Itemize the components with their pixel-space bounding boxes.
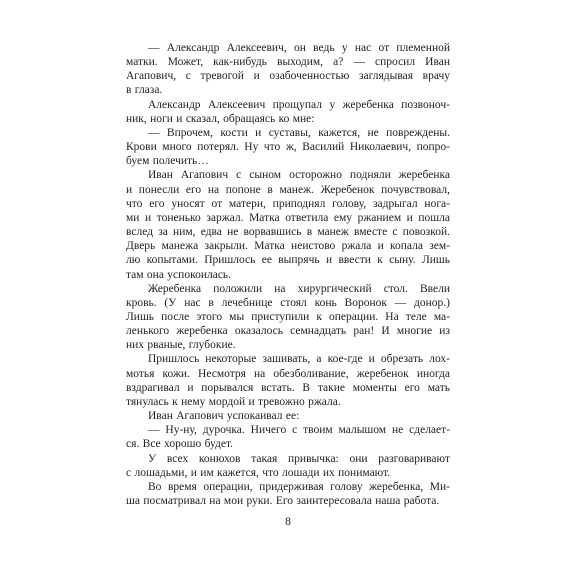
text-line: ленького жеребенка оказалось семнадцать …: [126, 324, 450, 338]
text-line: ся. Все хорошо будет.: [126, 437, 450, 451]
text-line: Лишь после этого мы приступили к операци…: [126, 310, 450, 324]
text-line: — Александр Алексеевич, он ведь у нас от…: [126, 41, 450, 55]
text-line: буем полечить…: [126, 154, 450, 168]
text-line: — Впрочем, кости и суставы, кажется, не …: [126, 126, 450, 140]
text-line: них рваные, глубокие.: [126, 338, 450, 352]
text-line: мотья кожи. Несмотря на обезболивание, ж…: [126, 367, 450, 381]
text-line: ник, ноги и сказал, обращаясь ко мне:: [126, 112, 450, 126]
text-line: Александр Алексеевич прощупал у жеребенк…: [126, 98, 450, 112]
book-page: — Александр Алексеевич, он ведь у нас от…: [0, 0, 570, 570]
text-line: что его уносят от матери, приподнял голо…: [126, 197, 450, 211]
text-line: Крови много потерял. Ну что ж, Василий Н…: [126, 140, 450, 154]
text-line: Пришлось некоторые зашивать, а кое-где и…: [126, 352, 450, 366]
text-line: там она успокоилась.: [126, 268, 450, 282]
text-line: — Ну-ну, дурочка. Ничего с твоим малышом…: [126, 423, 450, 437]
text-line: Жеребенка положили на хирургический стол…: [126, 282, 450, 296]
text-line: Во время операции, придерживая голову же…: [126, 480, 450, 494]
text-line: ми и тоненько заржал. Матка ответила ему…: [126, 211, 450, 225]
text-line: тянулась к нему мордой и тревожно ржала.: [126, 395, 450, 409]
text-line: лю копытами. Пришлось ее выпрячь и ввест…: [126, 253, 450, 267]
text-line: Дверь манежа закрыли. Матка неистово ржа…: [126, 239, 450, 253]
text-line: с лошадьми, и им кажется, что лошади их …: [126, 466, 450, 480]
text-line: вслед за ним, едва не ворвавшись в манеж…: [126, 225, 450, 239]
text-line: Агапович, с тревогой и озабоченностью за…: [126, 69, 450, 83]
text-line: матки. Может, как-нибудь выходим, а? — с…: [126, 55, 450, 69]
text-line: У всех конюхов такая привычка: они разго…: [126, 452, 450, 466]
text-line: Иван Агапович успокаивал ее:: [126, 409, 450, 423]
text-column: — Александр Алексеевич, он ведь у нас от…: [126, 41, 450, 508]
text-line: Иван Агапович с сыном осторожно подняли …: [126, 168, 450, 182]
text-line: в глаза.: [126, 83, 450, 97]
text-line: кровь. (У нас в лечебнице стоял конь Вор…: [126, 296, 450, 310]
text-line: вздрагивал и порывался встать. В такие м…: [126, 381, 450, 395]
page-number: 8: [126, 514, 450, 528]
text-line: и понесли его на попоне в манеж. Жеребен…: [126, 183, 450, 197]
text-line: ша посматривал на мои руки. Его заинтере…: [126, 494, 450, 508]
